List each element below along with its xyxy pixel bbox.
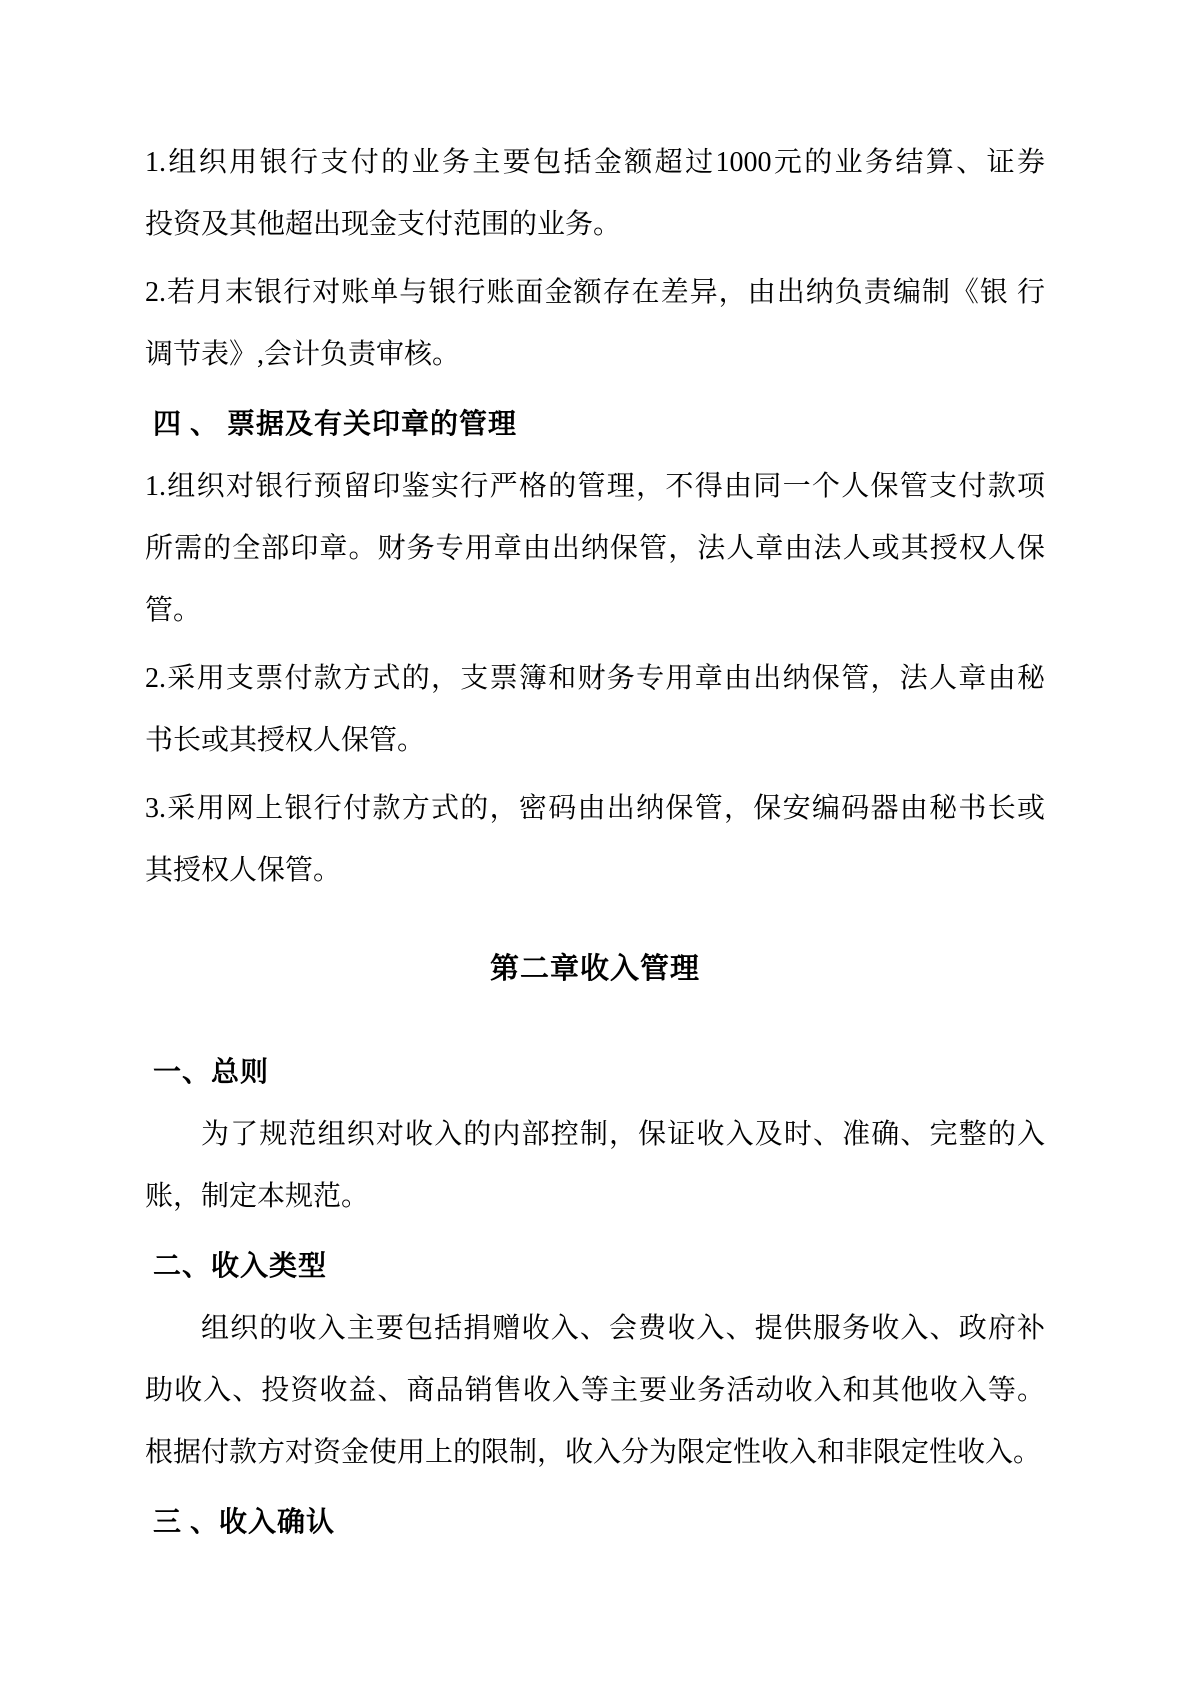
section-heading-seals-management: 四 、 票据及有关印章的管理 <box>145 394 1045 456</box>
section-heading-income-recognition: 三 、收入确认 <box>145 1492 1045 1554</box>
body-line: 书长或其授权人保管。 <box>145 710 1045 772</box>
body-paragraph: 1.组织对银行预留印鉴实行严格的管理，不得由同一个人保管支付款项 所需的全部印章… <box>145 456 1045 642</box>
document-content: 1.组织用银行支付的业务主要包括金额超过1000元的业务结算、证券 投资及其他超… <box>145 132 1045 1554</box>
body-line: 助收入、投资收益、商品销售收入等主要业务活动收入和其他收入等。 <box>145 1360 1045 1422</box>
section-heading-income-types: 二、收入类型 <box>145 1236 1045 1298</box>
body-line: 其授权人保管。 <box>145 840 1045 902</box>
body-paragraph: 组织的收入主要包括捐赠收入、会费收入、提供服务收入、政府补 助收入、投资收益、商… <box>145 1298 1045 1484</box>
body-line: 根据付款方对资金使用上的限制，收入分为限定性收入和非限定性收入。 <box>145 1422 1045 1484</box>
body-line: 2.若月末银行对账单与银行账面金额存在差异，由出纳负责编制《银 行 <box>145 262 1045 324</box>
body-paragraph: 3.采用网上银行付款方式的，密码由出纳保管，保安编码器由秘书长或 其授权人保管。 <box>145 778 1045 902</box>
body-paragraph: 为了规范组织对收入的内部控制，保证收入及时、准确、完整的入 账，制定本规范。 <box>145 1104 1045 1228</box>
body-line: 投资及其他超出现金支付范围的业务。 <box>145 194 1045 256</box>
body-line: 组织的收入主要包括捐赠收入、会费收入、提供服务收入、政府补 <box>145 1298 1045 1360</box>
body-line: 为了规范组织对收入的内部控制，保证收入及时、准确、完整的入 <box>145 1104 1045 1166</box>
chapter-heading-income-management: 第二章收入管理 <box>145 938 1045 1000</box>
body-line: 账，制定本规范。 <box>145 1166 1045 1228</box>
body-paragraph: 2.若月末银行对账单与银行账面金额存在差异，由出纳负责编制《银 行 调节表》,会… <box>145 262 1045 386</box>
body-line: 所需的全部印章。财务专用章由出纳保管，法人章由法人或其授权人保 <box>145 518 1045 580</box>
body-line: 1.组织对银行预留印鉴实行严格的管理，不得由同一个人保管支付款项 <box>145 456 1045 518</box>
body-paragraph: 1.组织用银行支付的业务主要包括金额超过1000元的业务结算、证券 投资及其他超… <box>145 132 1045 256</box>
section-heading-general-rules: 一、总则 <box>145 1042 1045 1104</box>
body-line: 2.采用支票付款方式的，支票簿和财务专用章由出纳保管，法人章由秘 <box>145 648 1045 710</box>
document-page: 1.组织用银行支付的业务主要包括金额超过1000元的业务结算、证券 投资及其他超… <box>0 0 1190 1684</box>
body-line: 管。 <box>145 580 1045 642</box>
body-line: 1.组织用银行支付的业务主要包括金额超过1000元的业务结算、证券 <box>145 132 1045 194</box>
body-line: 调节表》,会计负责审核。 <box>145 324 1045 386</box>
body-line: 3.采用网上银行付款方式的，密码由出纳保管，保安编码器由秘书长或 <box>145 778 1045 840</box>
body-paragraph: 2.采用支票付款方式的，支票簿和财务专用章由出纳保管，法人章由秘 书长或其授权人… <box>145 648 1045 772</box>
